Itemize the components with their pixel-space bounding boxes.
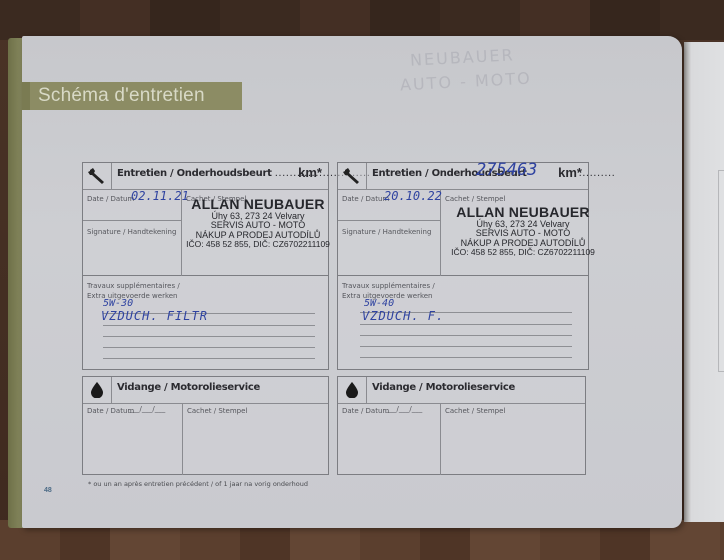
footnote: * ou un an après entretien précédent / o… — [88, 480, 308, 488]
handwritten-filter: VZDUCH. FILTR — [101, 309, 208, 323]
maintenance-entry-1: Entretien / Onderhoudsbeurt ............… — [82, 162, 329, 276]
wrench-icon — [83, 163, 112, 189]
ruled-line — [103, 347, 315, 348]
divider — [182, 403, 183, 475]
garage-stamp: ALLAN NEUBAUER Úhy 63, 273 24 Velvary SE… — [183, 197, 333, 249]
oil-change-entry-1: Vidange / Motorolieservice Date / Datum … — [82, 376, 329, 475]
extra-works-2: Travaux supplémentaires / Extra uitgevoe… — [337, 276, 589, 370]
entry-header: Entretien / Onderhoudsbeurt.......... 27… — [338, 163, 588, 190]
signature-label: Signature / Handtekening — [87, 228, 176, 236]
stamp-ids: IČO: 458 52 855, DIČ: CZ6702211109 — [448, 248, 598, 257]
stamp-name: ALLAN NEUBAUER — [183, 197, 333, 212]
entry-header: Entretien / Onderhoudsbeurt ............… — [83, 163, 328, 190]
ruled-line — [360, 346, 572, 347]
date-value: 20.10.22 — [384, 189, 442, 203]
oil-drop-icon — [338, 377, 367, 403]
ruled-line — [360, 357, 572, 358]
extra-label: Travaux supplémentaires / — [87, 282, 180, 290]
oil-header: Vidange / Motorolieservice — [83, 377, 328, 404]
date-label: Date / Datum — [342, 195, 389, 203]
oil-header: Vidange / Motorolieservice — [338, 377, 585, 404]
wrench-icon — [338, 163, 367, 189]
km-value: 275463 — [476, 160, 537, 180]
date-blank: ___/___/___ — [129, 405, 165, 413]
handwritten-oil: 5W-40 — [364, 298, 394, 309]
date-label: Date / Datum — [87, 407, 134, 415]
stamp-name: ALLAN NEUBAUER — [448, 205, 598, 220]
ruled-line — [360, 335, 572, 336]
wooden-table-top — [0, 0, 724, 40]
oil-header-label: Vidange / Motorolieservice — [117, 382, 260, 393]
stamp-ids: IČO: 458 52 855, DIČ: CZ6702211109 — [183, 240, 333, 249]
divider — [338, 220, 440, 221]
stamp-label: Cachet / Stempel — [187, 407, 247, 415]
oil-change-entry-2: Vidange / Motorolieservice Date / Datum … — [337, 376, 586, 475]
handwritten-oil: 5W-30 — [103, 298, 133, 309]
km-suffix: km* — [298, 165, 322, 180]
maintenance-entry-2: Entretien / Onderhoudsbeurt.......... 27… — [337, 162, 589, 276]
handwritten-filter: VZDUCH. F. — [362, 309, 444, 323]
extra-works-1: Travaux supplémentaires / Extra uitgevoe… — [82, 276, 329, 370]
stamp-label: Cachet / Stempel — [445, 407, 505, 415]
ruled-line — [360, 324, 572, 325]
date-blank: ___/___/___ — [386, 405, 422, 413]
oil-drop-icon — [83, 377, 112, 403]
facing-page-table-fragment — [718, 170, 724, 372]
ruled-line — [103, 358, 315, 359]
ruled-line — [103, 336, 315, 337]
ruled-line — [103, 325, 315, 326]
facing-page — [684, 42, 724, 522]
date-value: 02.11.21 — [131, 189, 189, 203]
oil-header-label: Vidange / Motorolieservice — [372, 382, 515, 393]
divider — [83, 220, 181, 221]
page-number: 48 — [44, 487, 52, 494]
extra-label: Travaux supplémentaires / — [342, 282, 435, 290]
signature-label: Signature / Handtekening — [342, 228, 431, 236]
km-suffix: km* — [558, 165, 582, 180]
date-label: Date / Datum — [342, 407, 389, 415]
stamp-label: Cachet / Stempel — [445, 195, 505, 203]
divider — [440, 403, 441, 475]
date-label: Date / Datum — [87, 195, 134, 203]
entry-header-label: Entretien / Onderhoudsbeurt ............… — [117, 168, 370, 179]
section-title: Schéma d'entretien — [30, 82, 242, 110]
garage-stamp: ALLAN NEUBAUER Úhy 63, 273 24 Velvary SE… — [448, 205, 598, 257]
